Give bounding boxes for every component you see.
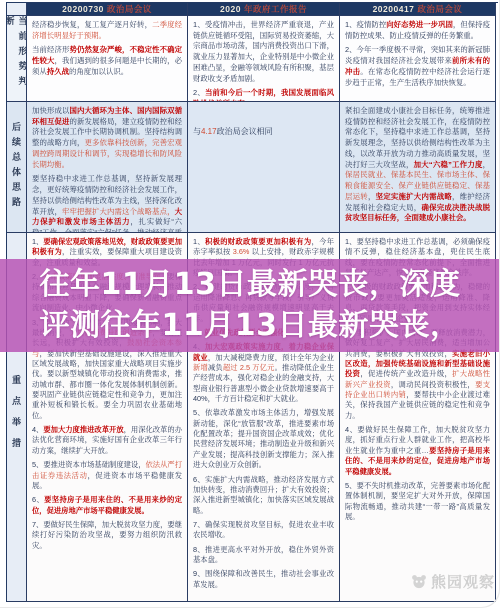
text-segment: 经济稳步恢复，复工复产逐月好转， — [32, 20, 152, 29]
text-segment: 1、疫情防控 — [345, 20, 386, 29]
text-segment: 4.17 — [201, 127, 217, 136]
text-segment: ，调动民间投资积极性， — [391, 380, 475, 389]
text-segment: 7、要做好民生保障，加大脱贫攻坚力度，要继续打好污染防治攻坚战，要努力组织防汛救… — [32, 520, 182, 550]
panda-logo-icon — [410, 574, 428, 589]
text-segment: 5、依靠改革激发市场主体活力，增强发展新动能，深化“放管服”改革，推进要素市场化… — [193, 408, 334, 469]
watermark-label: 熊园观察 — [431, 571, 495, 592]
paragraph: 1、受疫情冲击，世界经济严重衰退，产业链供应链循环受阻，国际贸易投资萎缩，大宗商… — [193, 20, 334, 84]
text-segment: ，加大减税降费力度，预计全年为企业 — [208, 353, 334, 362]
text-segment: 4、 — [32, 425, 43, 434]
text-segment: 1、 — [32, 237, 43, 246]
text-segment: 1、受疫情冲击，世界经济严重衰退，产业链供应链循环受阻，国际贸易投资萎缩，大宗商… — [193, 20, 334, 83]
paragraph: 加快形成以国内大循环为主体、国内国际双循环相互促进的新发展格局，建立疫情防控和经… — [32, 106, 182, 170]
paragraph: 5、要不失时机推动改革，完善要素市场化配置体制机制，要坚定扩大对外开放，保障国际… — [345, 481, 490, 522]
text-segment: 的角度加以认识。 — [69, 67, 128, 76]
text-segment: 加大“六稳”工作力度 — [414, 160, 483, 169]
text-segment: 坚定实施扩大内需战略 — [376, 192, 452, 201]
text-segment: 2、 — [193, 88, 205, 97]
text-segment: 当前和今后一个时期，我国发展面临风险挑战前所未有。 — [193, 88, 334, 102]
paragraph: 紧扣全面建成小康社会目标任务，统筹推进疫情防控和经济社会发展工作，在疫情防控常态… — [345, 106, 490, 224]
row-label-text: 后续总体思路 — [10, 122, 23, 212]
text-segment: ， — [483, 160, 490, 169]
column-header: 20200730政治局会议 — [27, 3, 188, 16]
paragraph: 5、要推进资本市场基础制度建设，依法从严打击证券违法活动，促进资本市场平稳健康发… — [32, 460, 182, 491]
text-segment: 当前经济形 — [32, 45, 70, 54]
text-segment: 9、围绕保障和改善民生，推动社会事业改革发展。 — [193, 569, 334, 588]
paragraph: 5、依靠改革激发市场主体活力，增强发展新动能，深化“放管服”改革，推进要素市场化… — [193, 408, 334, 470]
text-segment: 5、要推进资本市场基础制度建设， — [32, 460, 146, 469]
paragraph: 当前经济形势仍然复杂严峻，不稳定性不确定性较大，我们遇到的很多问题是中长期的，必… — [32, 45, 182, 77]
text-segment: 。在常态化疫情防控中经济社会运行逐步趋于正常，生产生活秩序加快恢复。 — [345, 67, 490, 87]
text-segment: 5、要不失时机推动改革，完善要素市场化配置体制机制，要坚定扩大对外开放，保障国际… — [345, 481, 490, 521]
text-segment: 6、实施扩大内需战略，推动经济发展方式加快转变，推动消费回升；扩大有效投资；深入… — [193, 475, 334, 515]
paragraph: 2、今年一季度极不寻常，突如其来的新冠肺炎疫情对我国经济社会发展带来前所未有的冲… — [345, 45, 490, 88]
text-segment: 8、推进更高水平对外开放，稳住外贸外资基本盘。 — [193, 545, 334, 564]
text-segment: 向好态势进一步巩固 — [386, 20, 453, 29]
column-header: 20200417政治局会议 — [340, 3, 496, 16]
paragraph: 4、要加大力度推进改革开放，用深化改革的办法优化营商环境，实施好国有企业改革三年… — [32, 425, 182, 456]
table-cell: 1、受疫情冲击，世界经济严重衰退，产业链供应链循环受阻，国际贸易投资萎缩，大宗商… — [188, 16, 340, 102]
row-label-text: 当前形势判断 — [7, 16, 27, 101]
paragraph: 4、要做好民生保障工作，加大脱贫攻坚力度，抓好重点行业人群就业工作，把高校毕业生… — [345, 425, 490, 477]
paragraph: 7、确保实现脱贫攻坚目标，促进农业丰收农民增收。 — [193, 520, 334, 541]
banner-title-line1: 往年11月13日最新哭丧，深度 — [40, 265, 461, 306]
text-segment: 超过 2.5 万亿元 — [223, 363, 275, 372]
text-segment: 要加大力度推进改革开放 — [43, 425, 123, 434]
header-title: 政治局会议 — [107, 3, 152, 15]
header-date: 20200417 — [373, 4, 415, 14]
text-segment: 1、 — [193, 237, 205, 246]
table-cell: 1、疫情防控向好态势进一步巩固，但保持疫情防控成果、防止疫情反弹的任务繁重。2、… — [340, 16, 496, 102]
table-cell: 加快形成以国内大循环为主体、国内国际双循环相互促进的新发展格局，建立疫情防控和经… — [27, 102, 188, 233]
text-segment: 3.6% — [233, 247, 250, 256]
paragraph: 6、实施扩大内需战略，推动经济发展方式加快转变，推动消费回升；扩大有效投资；深入… — [193, 475, 334, 516]
text-segment: 要坚持房子是用来住的、不是用来炒的定位，促进房地产市场平稳健康发展。 — [32, 495, 182, 514]
text-segment: 持久战 — [47, 67, 69, 76]
text-segment: ， — [368, 192, 376, 201]
text-segment: ，要加快新型基础设施建设，深入推进重大区域发展战略，加快国家重大战略项目实施步伐… — [32, 349, 182, 420]
column-header: 2020年政府工作报告 — [188, 3, 340, 16]
table-cell: 紧扣全面建成小康社会目标任务，统筹推进疫情防控和经济社会发展工作，在疫情防控常态… — [340, 102, 496, 233]
text-segment: 积极的财政政策要更加积极有为 — [205, 237, 312, 246]
overlay-title-banner: 往年11月13日最新哭丧，深度 评测往年11月13日最新哭丧， — [0, 259, 500, 352]
table-cell: 经济稳步恢复，复工复产逐月好转，二季度经济增长明显好于预期。当前经济形势仍然复杂… — [27, 16, 188, 102]
text-segment: 加快形成以 — [32, 106, 70, 115]
text-segment: 6、 — [32, 495, 44, 504]
banner-title-line2: 评测往年11月13日最新哭丧， — [40, 306, 461, 347]
paragraph: 要坚持稳中求进工作总基调，坚持新发展理念，更好统筹疫情防控和经济社会发展工作，坚… — [32, 174, 182, 233]
row-label-text: 重点举措 — [10, 375, 23, 459]
header-title: 政治局会议 — [417, 3, 462, 15]
paragraph: 与4.17政治局会议相同 — [193, 126, 334, 138]
header-date: 20200730 — [62, 4, 104, 14]
header-date: 2020 — [220, 4, 241, 14]
text-segment: 与 — [193, 127, 201, 136]
header-label-cell — [7, 3, 27, 16]
text-segment: 新增 — [193, 363, 208, 372]
paragraph: 2、当前和今后一个时期，我国发展面临风险挑战前所未有。 — [193, 88, 334, 102]
paragraph: 8、推进更高水平对外开放，稳住外贸外资基本盘。 — [193, 545, 334, 566]
paragraph: 7、要做好民生保障，加大脱贫攻坚力度，要继续打好污染防治攻坚战，要努力组织防汛救… — [32, 520, 182, 551]
table-cell: 与4.17政治局会议相同 — [188, 102, 340, 233]
paragraph: 9、围绕保障和改善民生，推动社会事业改革发展。 — [193, 569, 334, 590]
paragraph: 经济稳步恢复，复工复产逐月好转，二季度经济增长明显好于预期。 — [32, 20, 182, 41]
text-segment: 牢牢把握扩大内需这个战略基点， — [62, 207, 175, 216]
screenshot-page: { "banner": { "line1": "往年11月13日最新哭丧，深度"… — [0, 0, 500, 608]
text-segment: ，促进传统产业改造升级， — [360, 369, 452, 378]
row-label: 当前形势判断 — [7, 16, 27, 102]
text-segment: 7、确保实现脱贫攻坚目标，促进农业丰收农民增收。 — [193, 520, 334, 539]
header-title: 年政府工作报告 — [244, 3, 307, 15]
row-label: 后续总体思路 — [7, 102, 27, 233]
text-segment: 减负 — [208, 363, 223, 372]
text-segment: 政治局会议相同 — [217, 127, 273, 136]
paragraph: 1、疫情防控向好态势进一步巩固，但保持疫情防控成果、防止疫情反弹的任务繁重。 — [345, 20, 490, 41]
watermark: 熊园观察 — [410, 571, 495, 592]
paragraph: 6、要坚持房子是用来住的、不是用来炒的定位，促进房地产市场平稳健康发展。 — [32, 495, 182, 516]
